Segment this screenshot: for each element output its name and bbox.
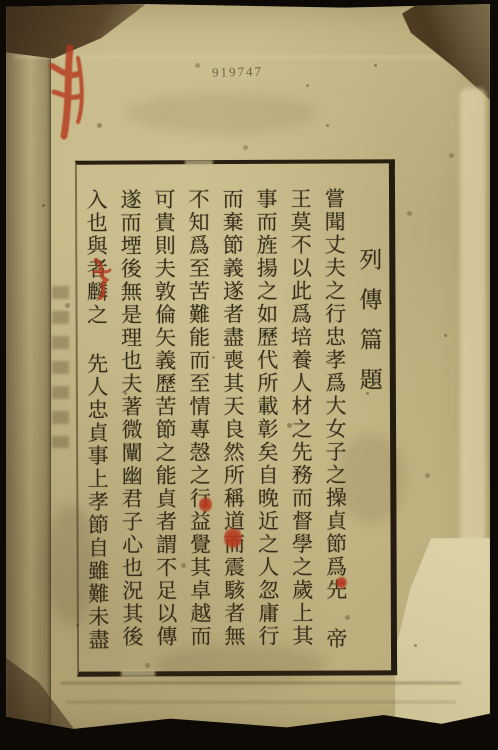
repair-strip-right (460, 88, 486, 568)
crease-line (66, 701, 456, 703)
text-column-2: 王莫不以此爲培養人材之先務而督學之歲上其 (283, 188, 319, 663)
paper-stain (126, 92, 316, 134)
bleed-through-smudge (52, 286, 69, 448)
text-column-6: 可貴則夫敦倫矢義歷苦節之能貞者謂不足以傳 (147, 188, 183, 663)
text-frame: 列傳篇題 嘗聞丈夫之行忠孝爲大女子之操貞節爲先帝 王莫不以此爲培養人材之先務而督… (75, 159, 397, 676)
text-column-3: 事而旌揚之如歷代所載彰矣自晚近之人忽庸行 (249, 188, 285, 663)
document-page: 919747 列傳篇題 嘗聞丈夫之行忠孝爲大女子之操貞節爲先帝 王莫不以此爲培養… (6, 4, 490, 734)
foxing-speckles (6, 4, 9, 7)
red-correction-mark-icon (90, 256, 114, 302)
text-block: 列傳篇題 嘗聞丈夫之行忠孝爲大女子之操貞節爲先帝 王莫不以此爲培養人材之先務而督… (77, 163, 391, 671)
text-column-5: 不知爲至苦難能而至情專愨之行益覺其卓越而 (181, 188, 217, 663)
red-ink-dot (199, 496, 212, 513)
repair-patch-bottom-right (395, 538, 490, 734)
red-brush-mark-icon (44, 44, 88, 144)
red-ink-dot (336, 576, 347, 589)
text-column-1: 嘗聞丈夫之行忠孝爲大女子之操貞節爲先帝 (317, 187, 353, 662)
corner-patch-top-right (402, 4, 490, 100)
red-ink-dot (224, 526, 242, 550)
text-column-4: 而棄節義遂者盡喪其天良然所稱道而震駭者無 (215, 188, 251, 663)
section-title: 列傳篇題 (351, 187, 387, 662)
crease-line (61, 682, 461, 684)
stamp-number: 919747 (212, 63, 282, 80)
text-column-7: 遂而堙後無是理也夫著微闡幽君子心也況其後 (113, 188, 149, 663)
